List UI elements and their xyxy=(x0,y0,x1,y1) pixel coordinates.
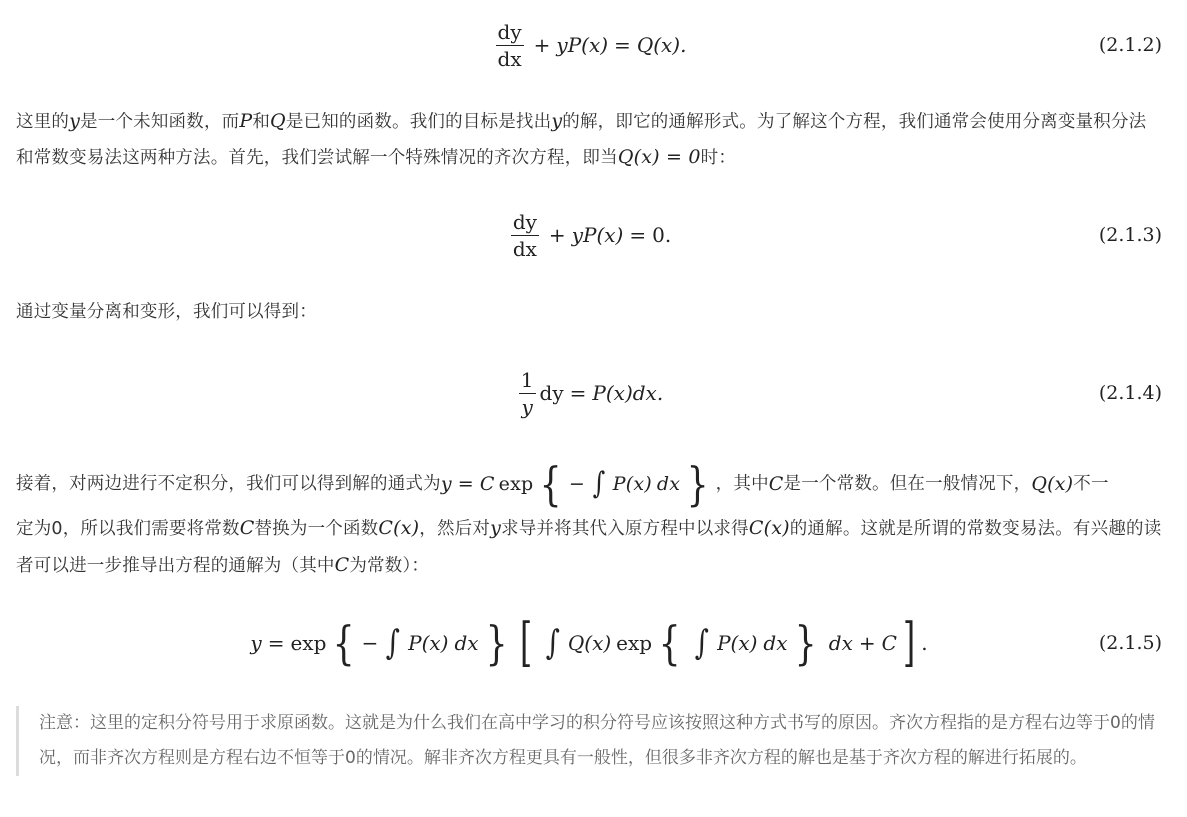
inline-math: Q(x) = 0 xyxy=(618,146,701,168)
equals-sign: = xyxy=(268,631,285,655)
fraction-dy-dx: dy dx xyxy=(496,21,524,70)
text: 是一个常数。但在一般情况下， xyxy=(784,466,1032,502)
text: 求导并将其代入原方程中以求得 xyxy=(501,519,749,539)
paragraph-intro: 这里的y是一个未知函数，而P和Q是已知的函数。我们的目标是找出y的解，即它的通解… xyxy=(16,104,1162,176)
inline-math: C(x) xyxy=(749,517,790,539)
paragraph-separation: 通过变量分离和变形，我们可以得到： xyxy=(16,295,1162,330)
fraction-1-over-y: 1 y xyxy=(519,369,536,418)
equals-sign: = xyxy=(570,381,587,405)
fraction-numerator: 1 xyxy=(519,369,536,394)
text: 时： xyxy=(701,148,736,168)
paragraph-general-solution: 接着，对两边进行不定积分，我们可以得到解的通式为 y = C exp { − ∫… xyxy=(16,458,1162,584)
equation-tag: (2.1.2) xyxy=(1099,34,1162,56)
text: 是已知的函数。我们的目标是找出 xyxy=(286,112,552,132)
math-term: dy xyxy=(540,381,564,405)
inline-math: y xyxy=(551,110,562,132)
equation-tag: (2.1.3) xyxy=(1099,224,1162,246)
equals-sign: = xyxy=(458,466,474,502)
minus-sign: − xyxy=(362,631,379,655)
inline-formula-exp: y = C exp { − ∫ P(x) dx } xyxy=(441,461,716,507)
text: 定为0，所以我们需要将常数C替换为一个函数C(x)，然后对y求导并将其代入原方程… xyxy=(16,519,1161,576)
left-brace: { xyxy=(659,620,681,666)
plus-sign: + xyxy=(549,223,566,247)
fraction-dy-dx: dy dx xyxy=(511,211,539,260)
text: 是一个未知函数，而 xyxy=(80,112,239,132)
minus-sign: − xyxy=(569,466,585,502)
equation-tag: (2.1.5) xyxy=(1099,632,1162,654)
integral-sign: ∫ xyxy=(695,623,709,663)
math-term: dx xyxy=(454,631,478,655)
inline-math: C xyxy=(335,554,350,576)
equation-2-1-3: dy dx + yP(x) = 0. (2.1.3) xyxy=(16,204,1162,266)
right-brace: } xyxy=(794,620,816,666)
integral-sign: ∫ xyxy=(386,623,400,663)
note-text: 注意：这里的定积分符号用于求原函数。这就是为什么我们在高中学习的积分符号应该按照… xyxy=(39,713,1155,768)
text: ，其中 xyxy=(716,466,769,502)
inline-math: Q xyxy=(270,110,286,132)
equation-tag: (2.1.4) xyxy=(1099,382,1162,404)
math-term: P(x) xyxy=(717,631,757,655)
equation-body: y = exp { − ∫ P(x) dx } [ ∫ Q(x) exp { ∫… xyxy=(250,617,927,669)
math-term: Q(x). xyxy=(637,33,687,57)
equation-body: 1 y dy = P(x)dx. xyxy=(515,369,663,418)
math-var: y xyxy=(441,466,452,502)
left-bracket: [ xyxy=(520,617,532,669)
equals-sign: = xyxy=(614,33,631,57)
equation-body: dy dx + yP(x) = 0. xyxy=(507,211,671,260)
integral-sign: ∫ xyxy=(593,466,606,502)
math-term: dx xyxy=(829,631,853,655)
fraction-denominator: dx xyxy=(496,46,524,70)
fraction-numerator: dy xyxy=(511,211,539,236)
exp-function: exp xyxy=(616,631,652,655)
math-term: dx xyxy=(657,466,680,502)
right-bracket: ] xyxy=(903,617,915,669)
text: 为常数）： xyxy=(349,556,429,576)
text: 这里的 xyxy=(16,112,69,132)
note-blockquote: 注意：这里的定积分符号用于求原函数。这就是为什么我们在高中学习的积分符号应该按照… xyxy=(16,706,1162,776)
inline-math: C xyxy=(240,517,255,539)
math-var: C xyxy=(480,466,495,502)
math-term: P(x) xyxy=(408,631,448,655)
equals-sign: = xyxy=(629,223,646,247)
left-brace: { xyxy=(333,620,355,666)
exp-function: exp xyxy=(290,631,326,655)
equation-2-1-4: 1 y dy = P(x)dx. (2.1.4) xyxy=(16,362,1162,424)
text: 不一 xyxy=(1073,466,1108,502)
equation-2-1-5: y = exp { − ∫ P(x) dx } [ ∫ Q(x) exp { ∫… xyxy=(16,608,1162,678)
text: 替换为一个函数 xyxy=(254,519,378,539)
right-brace: } xyxy=(687,461,709,507)
math-var: C xyxy=(882,631,897,655)
equation-2-1-2: dy dx + yP(x) = Q(x). (2.1.2) xyxy=(16,14,1162,76)
math-term: yP(x) xyxy=(572,223,624,247)
fraction-denominator: y xyxy=(520,394,535,418)
text: 定为0，所以我们需要将常数 xyxy=(16,519,240,539)
text: 通过变量分离和变形，我们可以得到： xyxy=(16,302,317,322)
inline-math: y xyxy=(490,517,501,539)
inline-math: C(x) xyxy=(378,517,419,539)
inline-math: C xyxy=(769,466,784,502)
paragraph-line: 接着，对两边进行不定积分，我们可以得到解的通式为 y = C exp { − ∫… xyxy=(16,458,1162,510)
text: ，然后对 xyxy=(419,519,490,539)
math-term: dx xyxy=(763,631,787,655)
fraction-denominator: dx xyxy=(511,236,539,260)
plus-sign: + xyxy=(534,33,551,57)
left-brace: { xyxy=(540,461,562,507)
text: 和 xyxy=(252,112,270,132)
period: . xyxy=(921,631,927,655)
equation-body: dy dx + yP(x) = Q(x). xyxy=(492,21,687,70)
inline-math: Q(x) xyxy=(1031,466,1073,502)
right-brace: } xyxy=(485,620,507,666)
fraction-numerator: dy xyxy=(496,21,524,46)
math-var: y xyxy=(250,631,261,655)
math-term: P(x)dx. xyxy=(592,381,663,405)
math-term: P(x) xyxy=(613,466,652,502)
plus-sign: + xyxy=(859,631,876,655)
math-term: 0. xyxy=(652,223,671,247)
text: 接着，对两边进行不定积分，我们可以得到解的通式为 xyxy=(16,466,441,502)
inline-math: P xyxy=(239,110,252,132)
math-term: Q(x) xyxy=(568,631,611,655)
paragraph-continuation: 定为0，所以我们需要将常数C替换为一个函数C(x)，然后对y求导并将其代入原方程… xyxy=(16,510,1162,584)
exp-function: exp xyxy=(499,466,534,502)
integral-sign: ∫ xyxy=(546,623,560,663)
math-term: yP(x) xyxy=(556,33,608,57)
inline-math: y xyxy=(69,110,80,132)
